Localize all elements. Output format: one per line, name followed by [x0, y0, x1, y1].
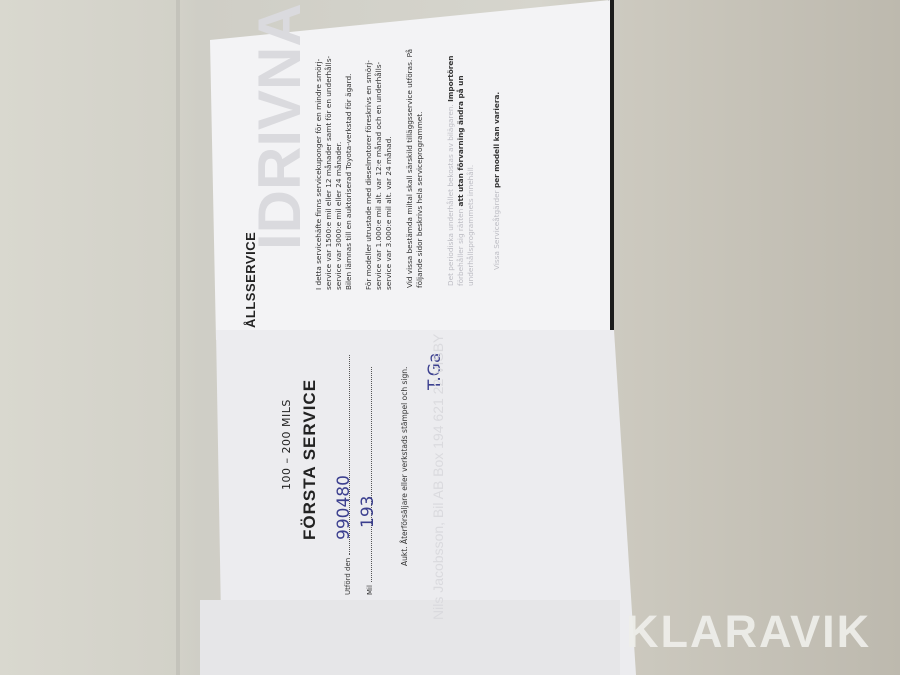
booklet-back-page [200, 600, 620, 675]
klaravik-watermark: KLARAVIK [626, 606, 871, 658]
background-edge [176, 0, 180, 675]
ghost-print-through: IDRIVNA [245, 3, 314, 250]
text-line: Vid vissa bestämda miltal skall särskild… [405, 49, 415, 288]
section-heading: ÅLLSSERVICE [243, 232, 258, 328]
text-faded: Vissa Serviceåtgärder [492, 188, 501, 270]
text-line: service var 1.000:e mil alt. var 12:e må… [374, 60, 384, 290]
text-line: Bilen lämnas till en auktoriserad Toyota… [344, 56, 354, 290]
text-bold: att utan förvarning ändra på un [456, 75, 465, 206]
text-faded: underhållsprogrammets innehåll. [466, 56, 476, 287]
mileage-range: 100 – 200 MILS [280, 399, 293, 490]
text-line: service var 3.000:e mil alt. var 24 måna… [384, 60, 394, 290]
coupon-title: FÖRSTA SERVICE [300, 379, 320, 540]
text-faded: förbehåller sig rätten [456, 206, 465, 286]
text-line: följande sidor beskrivs hela serviceprog… [415, 49, 425, 288]
text-faded: Det periodiska underhållet bekostas av b… [446, 102, 455, 286]
text-bold: Importören [446, 56, 455, 102]
intro-paragraph-2: För modeller utrustade med dieselmotorer… [364, 60, 394, 290]
maintenance-paragraph: Det periodiska underhållet bekostas av b… [446, 56, 476, 287]
mil-label: Mil [366, 585, 374, 595]
mil-field: Mil [366, 367, 374, 595]
text-line: I detta servicehäfte finns servicekupong… [314, 56, 324, 290]
text-line: service var 1500:e mil eller 12 månader … [324, 56, 334, 290]
text-line: service var 3000:e mil eller 24 månader. [334, 56, 344, 290]
text-bold: per modell kan variera. [492, 92, 501, 188]
intro-paragraph-3: Vid vissa bestämda miltal skall särskild… [405, 49, 425, 288]
text-line: För modeller utrustade med dieselmotorer… [364, 60, 374, 290]
intro-paragraph-1: I detta servicehäfte finns servicekupong… [314, 56, 354, 290]
closing-line: Vissa Serviceåtgärder per modell kan var… [492, 92, 502, 270]
dealer-stamp-ghost: Nils Jacobsson, Bil AB Box 194 621 22 VI… [430, 334, 446, 620]
performed-label: Utförd den [344, 558, 352, 595]
performed-date-value: 990480 [334, 475, 354, 540]
signature-label: Aukt. Återförsäljare eller verkstads stä… [400, 367, 409, 566]
mil-value: 193 [358, 496, 378, 528]
table-surface [612, 0, 900, 675]
